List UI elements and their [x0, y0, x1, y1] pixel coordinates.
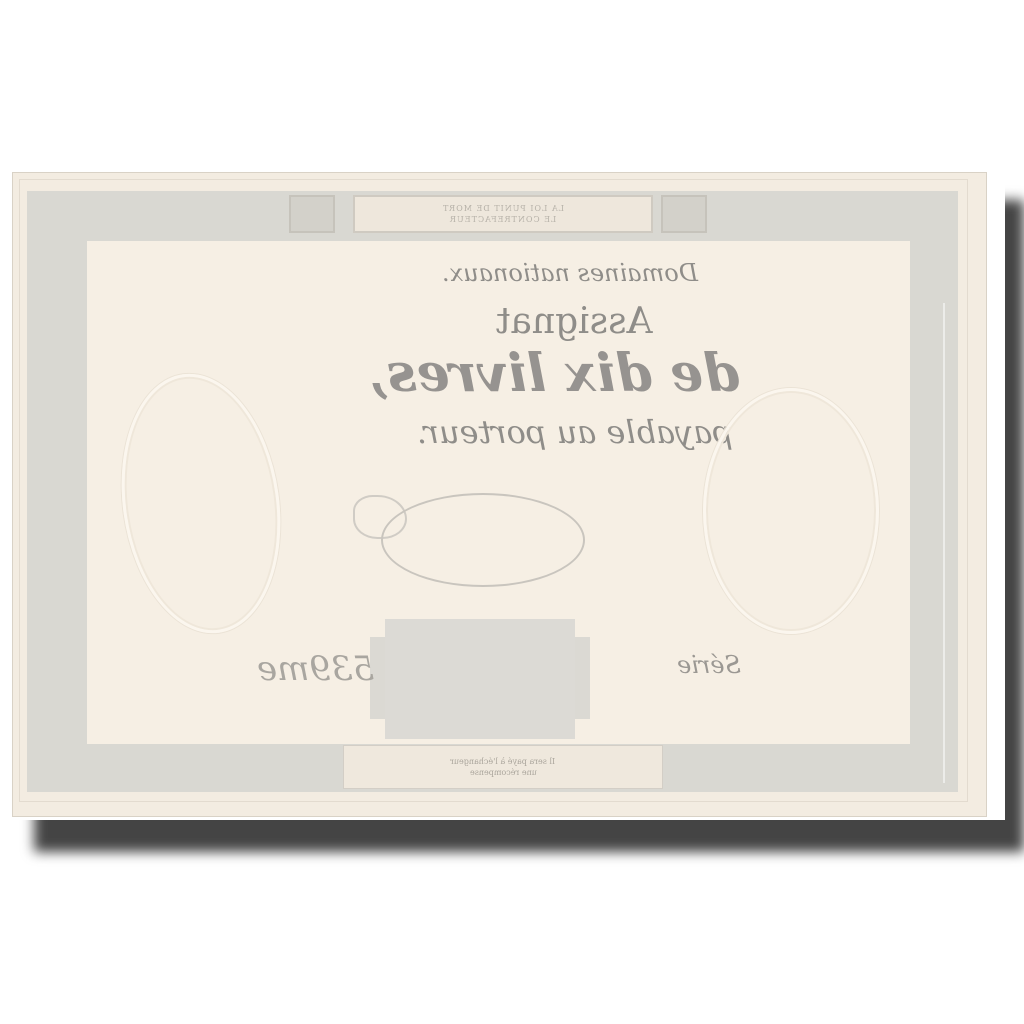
top-cartouche-line: LE CONTREFACTEUR [449, 214, 556, 225]
top-left-ornament [289, 195, 335, 233]
dry-seal [381, 493, 585, 587]
bottom-cartouche: Il sera payé à l'échangeur une récompens… [343, 745, 663, 789]
series-label: Série [677, 651, 741, 679]
top-cartouche-line: LA LOI PUNIT DE MORT [442, 203, 564, 214]
top-cartouche: LA LOI PUNIT DE MORT LE CONTREFACTEUR [353, 195, 653, 233]
series-number: 539me [257, 649, 374, 689]
number-box [385, 619, 575, 739]
title-text: Assignat [13, 301, 986, 342]
bottom-cartouche-line: une récompense [470, 767, 537, 778]
heading-text: Domaines nationaux. [13, 259, 986, 287]
right-medallion [703, 388, 879, 634]
bottom-cartouche-line: Il sera payé à l'échangeur [450, 756, 555, 767]
banknote: LA LOI PUNIT DE MORT LE CONTREFACTEUR Do… [12, 172, 987, 817]
top-right-ornament [661, 195, 707, 233]
crease [943, 303, 945, 783]
